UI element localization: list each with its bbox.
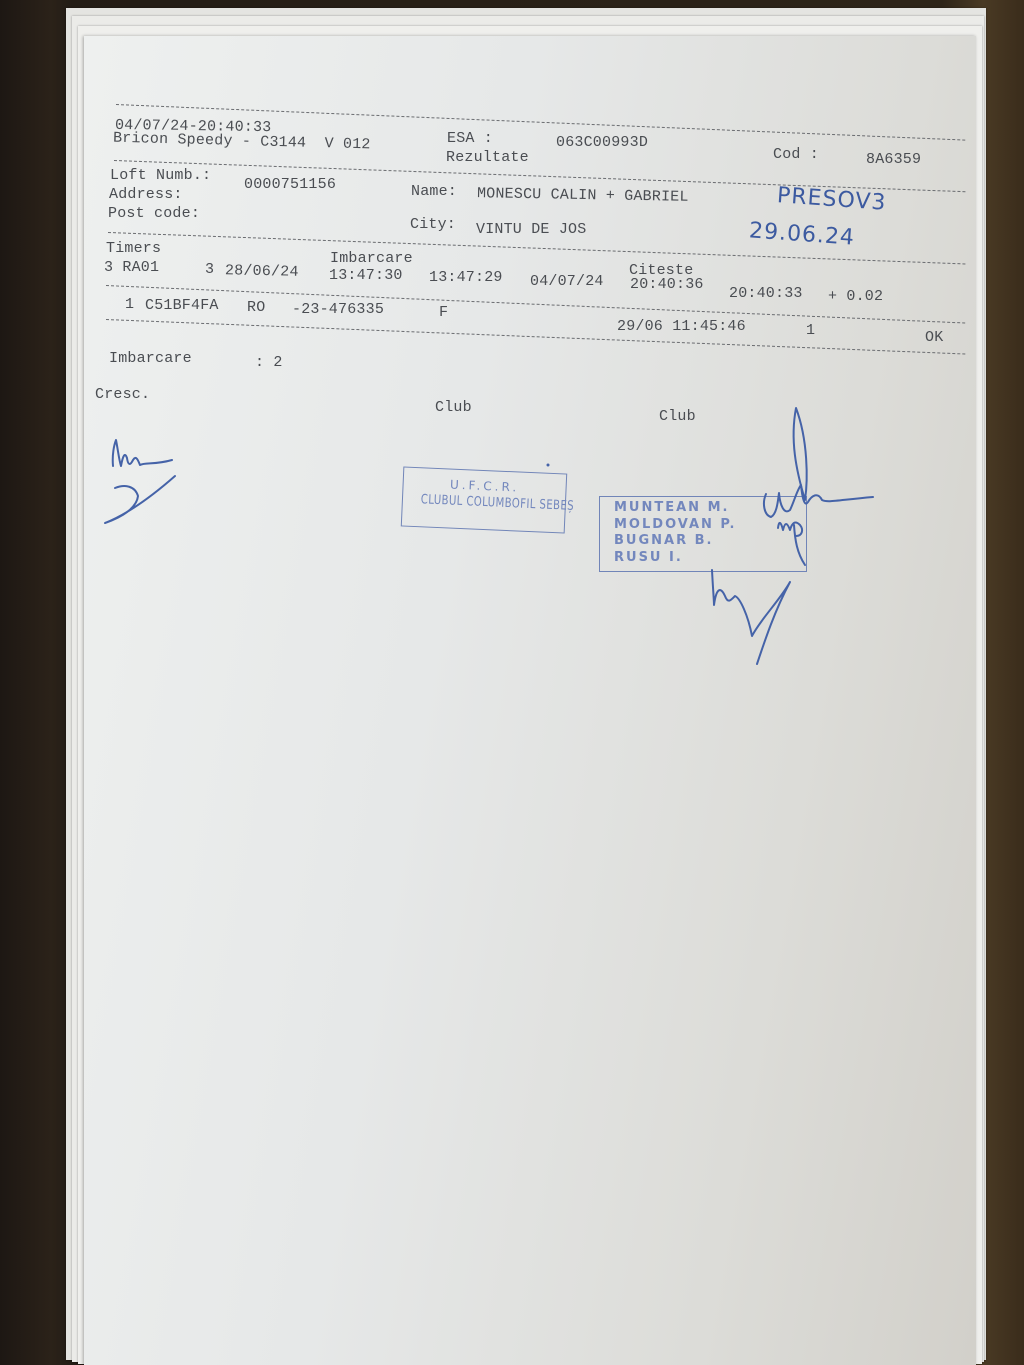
handwritten-signatures — [0, 0, 1024, 1365]
fancier-signature — [113, 440, 172, 466]
ink-dot — [547, 464, 550, 467]
